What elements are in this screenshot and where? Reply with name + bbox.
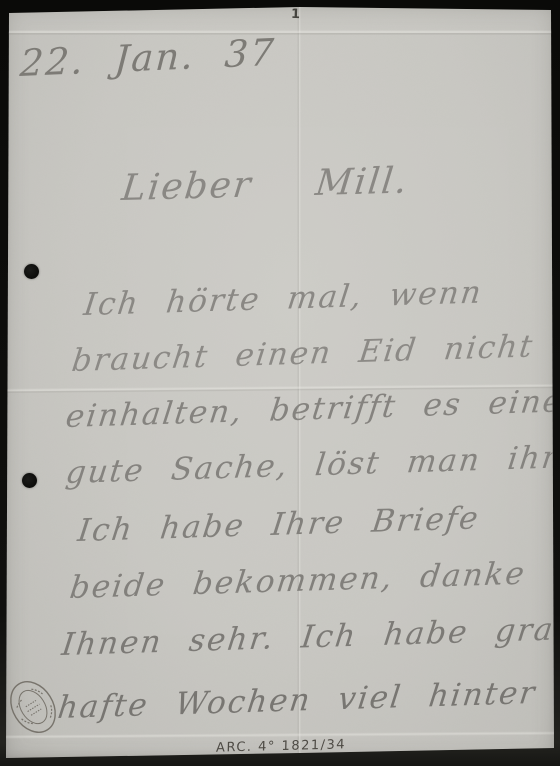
body-line: Ihnen sehr. Ich habe grauen (60, 609, 560, 663)
body-line: einhalten, betrifft es eine (64, 383, 560, 435)
bottom-fold-crease (0, 731, 560, 739)
hole-punch-bottom (22, 473, 37, 488)
scan-background: 1 22. Jan. 37 Lieber Mill. Ich hörte mal… (0, 0, 560, 766)
body-line: Ich habe Ihre Briefe (76, 500, 482, 549)
hole-punch-top (24, 264, 39, 279)
body-line: braucht einen Eid nicht (70, 328, 536, 379)
handwritten-date: 22. Jan. 37 (19, 31, 277, 85)
letter-page: 1 22. Jan. 37 Lieber Mill. Ich hörte mal… (0, 0, 560, 766)
body-line: beide bekommen, danke (68, 556, 528, 606)
salutation: Lieber Mill. (120, 160, 411, 209)
body-line: gute Sache, löst man ihn. (64, 439, 560, 491)
top-fold-crease (0, 30, 560, 35)
page-number: 1 (291, 7, 301, 22)
library-stamp-icon (0, 669, 69, 745)
body-line: Ich hörte mal, wenn (82, 274, 485, 323)
body-line: hafte Wochen viel hinter (56, 675, 539, 726)
archive-shelfmark: ARC. 4° 1821/34 (216, 737, 346, 755)
